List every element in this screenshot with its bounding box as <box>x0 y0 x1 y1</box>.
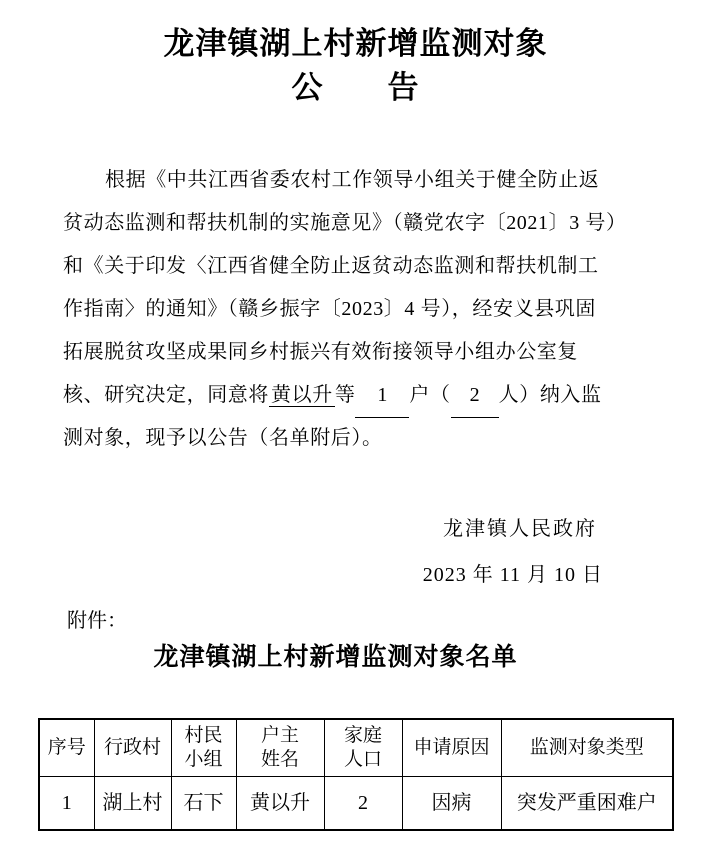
header-cell-index: 序号 <box>39 719 94 777</box>
announcement-document: 龙津镇湖上村新增监测对象 公 告 根据《中共江西省委农村工作领导小组关于健全防止… <box>0 0 711 841</box>
body-line-with-blanks: 核、研究决定，同意将黄以升等1户（2人）纳入监 <box>63 374 648 417</box>
cell-reason: 因病 <box>402 777 501 831</box>
household-head-name-blank: 黄以升 <box>269 384 335 407</box>
header-cell-family-size: 家庭 人口 <box>324 719 402 777</box>
table-row: 1 湖上村 石下 黄以升 2 因病 突发严重困难户 <box>39 777 673 831</box>
body-line-text: 等 <box>335 384 356 406</box>
cell-group: 石下 <box>171 777 236 831</box>
issuer-name: 龙津镇人民政府 <box>63 506 648 552</box>
signature-block: 龙津镇人民政府 2023 年 11 月 10 日 <box>63 506 648 598</box>
header-cell-head-name: 户主 姓名 <box>236 719 324 777</box>
household-count-blank: 1 <box>355 374 409 418</box>
document-subtitle: 公 告 <box>63 69 648 107</box>
people-count-blank: 2 <box>451 374 499 418</box>
cell-family-size: 2 <box>324 777 402 831</box>
body-line: 作指南〉的通知》（赣乡振字〔2023〕4 号），经安义县巩固 <box>63 288 648 331</box>
body-line: 根据《中共江西省委农村工作领导小组关于健全防止返 <box>63 159 648 202</box>
attachment-table-title: 龙津镇湖上村新增监测对象名单 <box>63 642 608 674</box>
body-line-text: 户（ <box>409 384 450 406</box>
cell-index: 1 <box>39 777 94 831</box>
body-line-text: 人）纳入监 <box>499 384 602 406</box>
header-cell-group: 村民 小组 <box>171 719 236 777</box>
cell-village: 湖上村 <box>94 777 171 831</box>
cell-monitor-type: 突发严重困难户 <box>501 777 673 831</box>
issue-date: 2023 年 11 月 10 日 <box>63 552 648 598</box>
body-line: 测对象，现予以公告（名单附后）。 <box>63 417 648 460</box>
cell-head-name: 黄以升 <box>236 777 324 831</box>
header-cell-monitor-type: 监测对象类型 <box>501 719 673 777</box>
attachment-label: 附件： <box>63 608 648 634</box>
monitoring-list-table-wrap: 序号 行政村 村民 小组 户主 姓名 家庭 人口 申请原因 监测对象类型 1 湖… <box>38 718 673 831</box>
document-title: 龙津镇湖上村新增监测对象 <box>63 25 648 63</box>
body-line: 和《关于印发〈江西省健全防止返贫动态监测和帮扶机制工 <box>63 245 648 288</box>
table-header-row: 序号 行政村 村民 小组 户主 姓名 家庭 人口 申请原因 监测对象类型 <box>39 719 673 777</box>
monitoring-list-table: 序号 行政村 村民 小组 户主 姓名 家庭 人口 申请原因 监测对象类型 1 湖… <box>38 718 674 831</box>
body-line-text: 核、研究决定，同意将 <box>63 384 269 406</box>
body-paragraph: 根据《中共江西省委农村工作领导小组关于健全防止返 贫动态监测和帮扶机制的实施意见… <box>63 159 648 460</box>
header-cell-village: 行政村 <box>94 719 171 777</box>
header-cell-reason: 申请原因 <box>402 719 501 777</box>
body-line: 贫动态监测和帮扶机制的实施意见》（赣党农字〔2021〕3 号） <box>63 202 648 245</box>
body-line: 拓展脱贫攻坚成果同乡村振兴有效衔接领导小组办公室复 <box>63 331 648 374</box>
